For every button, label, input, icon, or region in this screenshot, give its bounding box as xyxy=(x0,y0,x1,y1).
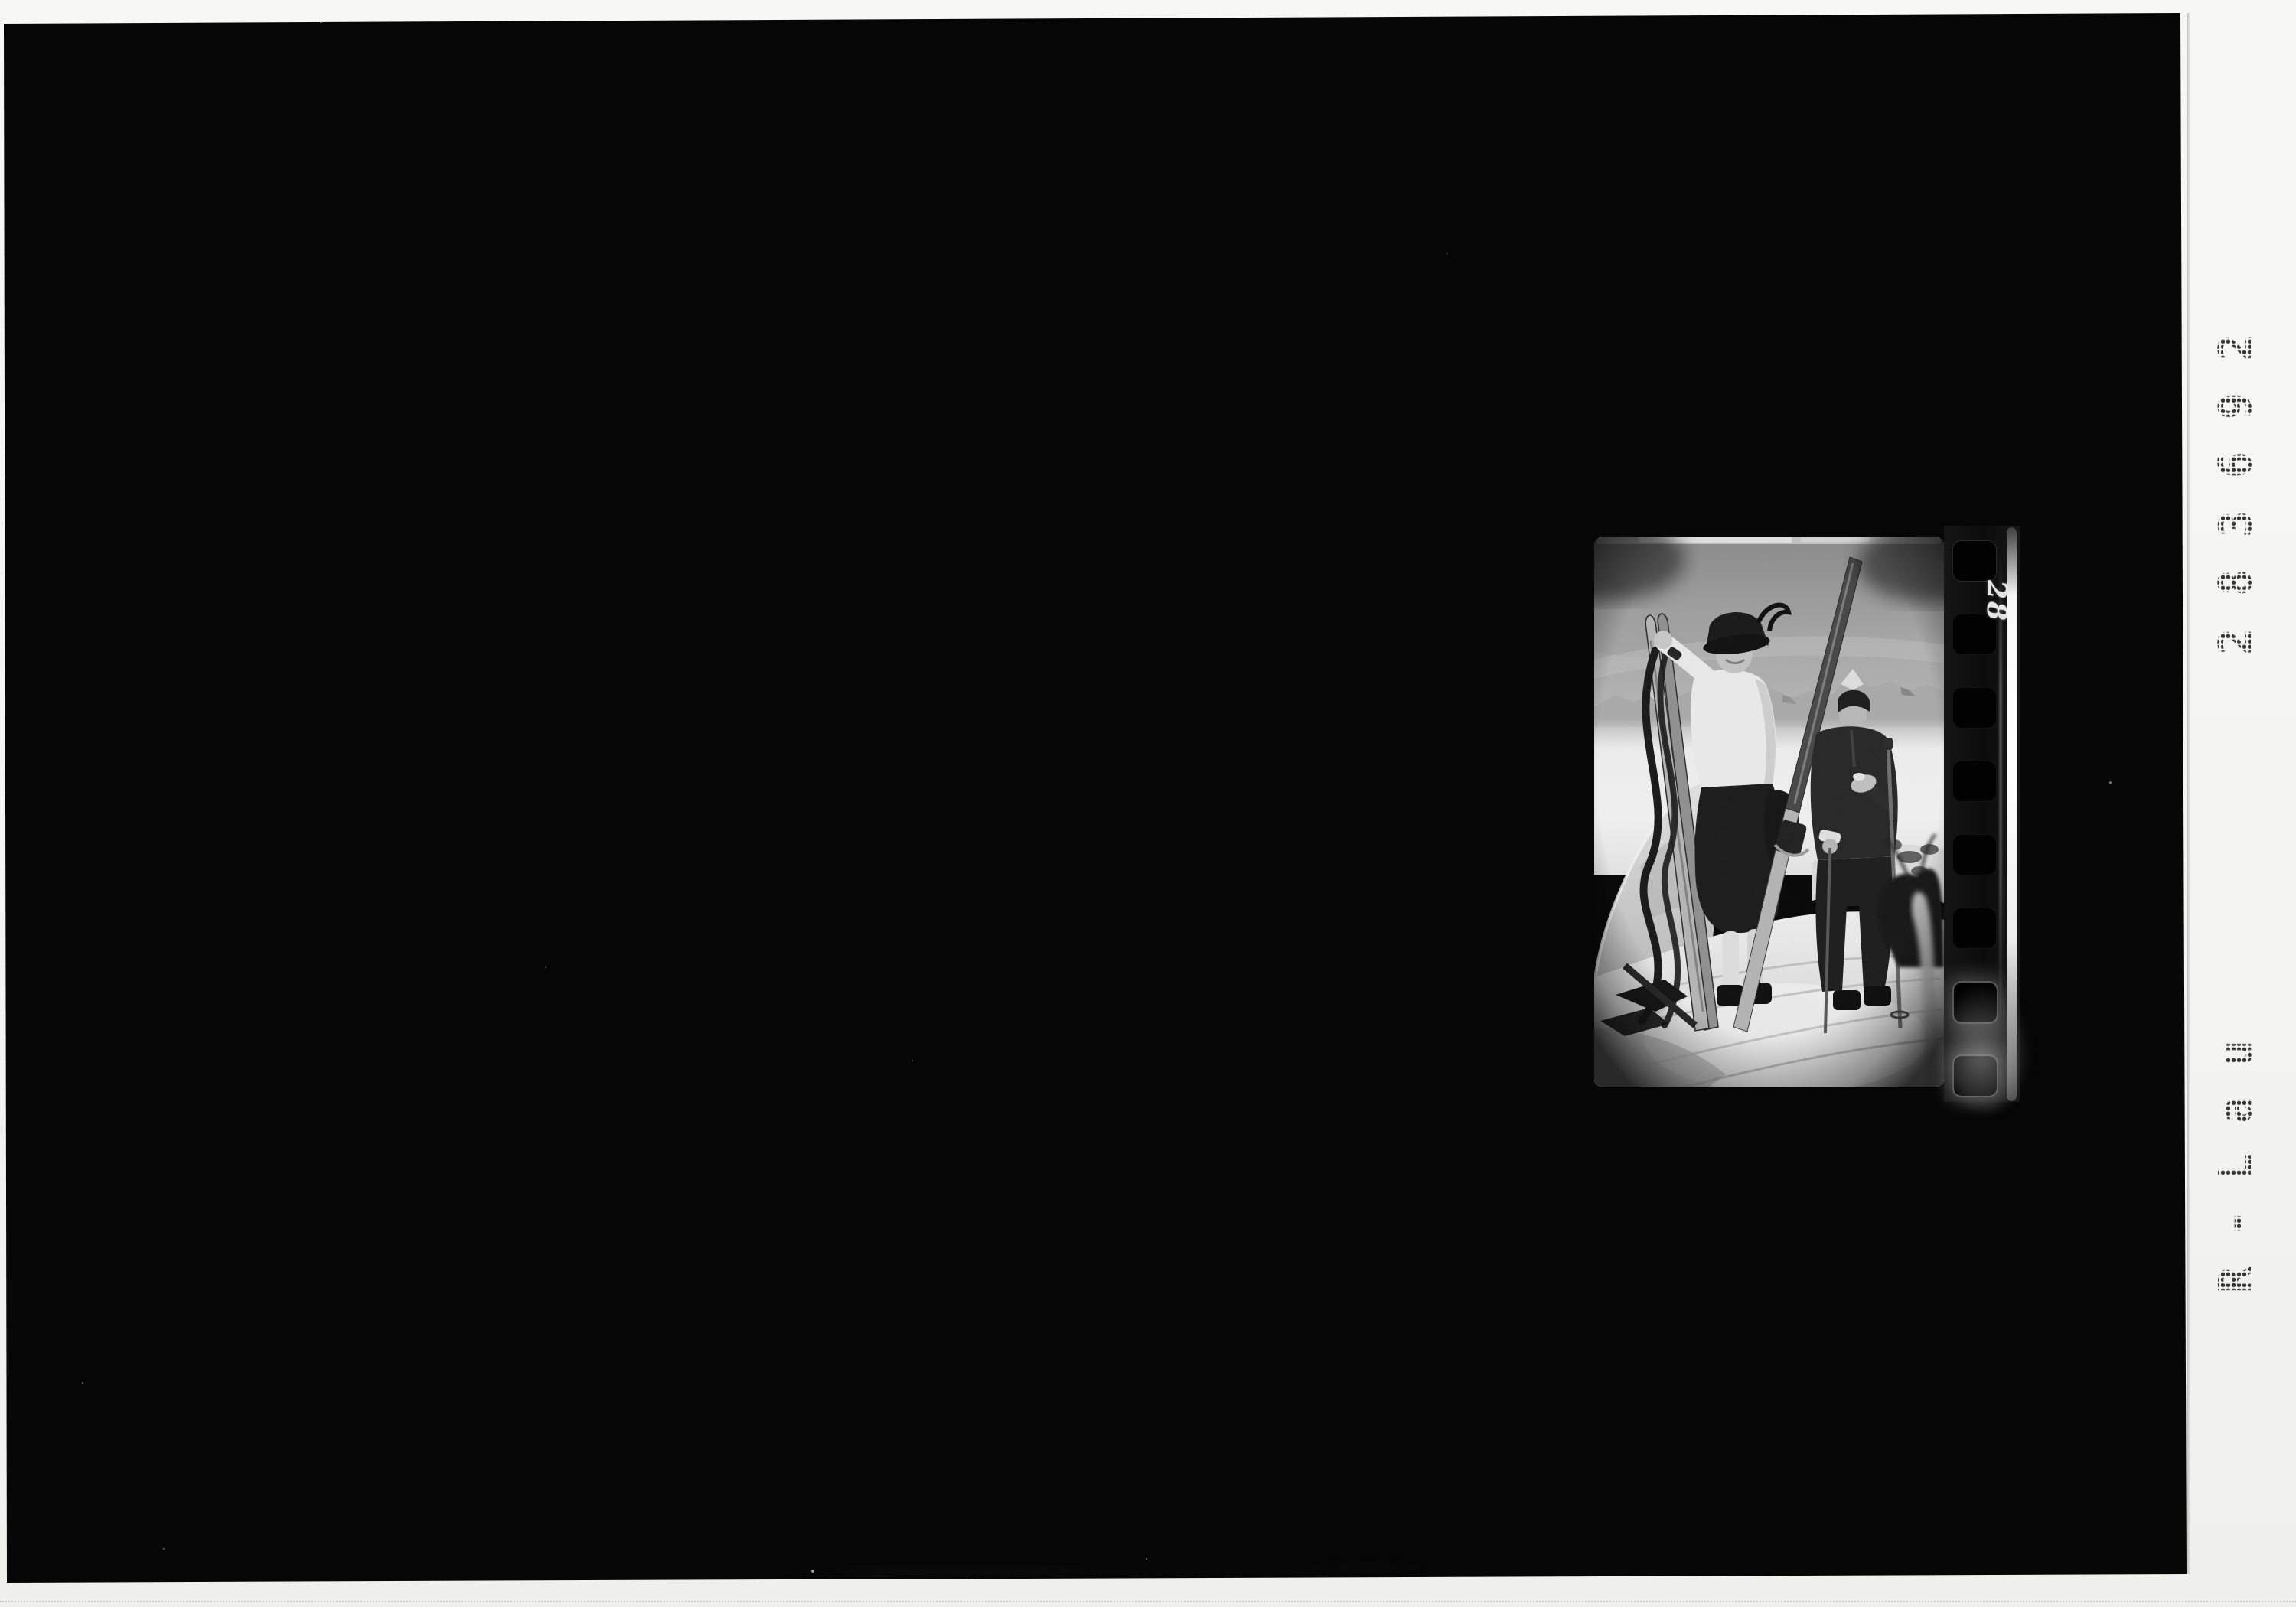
scanner-artifact-line xyxy=(0,1601,2296,1602)
film-carrier-black-area: 28 xyxy=(0,0,2296,1607)
dust-speck xyxy=(811,1570,814,1573)
dust-speck xyxy=(1146,1558,1147,1560)
dust-speck xyxy=(640,11,644,15)
film-perforation xyxy=(1952,908,1997,949)
film-grain xyxy=(1594,537,1944,1087)
photo-scene xyxy=(1594,537,1944,1087)
dust-scratch xyxy=(0,0,11,7)
film-perforation xyxy=(1952,540,1997,582)
dust-speck xyxy=(1446,253,1448,254)
film-frame-photo xyxy=(1594,537,1944,1087)
dust-speck xyxy=(545,966,546,968)
dust-speck xyxy=(163,1548,165,1550)
film-edge-code-number: 283692 xyxy=(2210,302,2262,655)
dust-speck xyxy=(82,1382,83,1384)
frame-number: 28 xyxy=(1981,580,2013,623)
dust-speck xyxy=(912,1060,913,1061)
film-edge-code-label: R-Lau xyxy=(2210,1010,2262,1293)
dust-speck xyxy=(320,21,322,23)
scan-edge-shadow xyxy=(2187,13,2190,1574)
film-perforation xyxy=(1952,834,1997,875)
dust-speck xyxy=(2109,781,2112,784)
edge-smudge xyxy=(830,1566,1091,1576)
film-perforation xyxy=(1952,687,1997,729)
edge-smudge xyxy=(1301,1563,1431,1572)
film-perforation xyxy=(1952,761,1997,802)
